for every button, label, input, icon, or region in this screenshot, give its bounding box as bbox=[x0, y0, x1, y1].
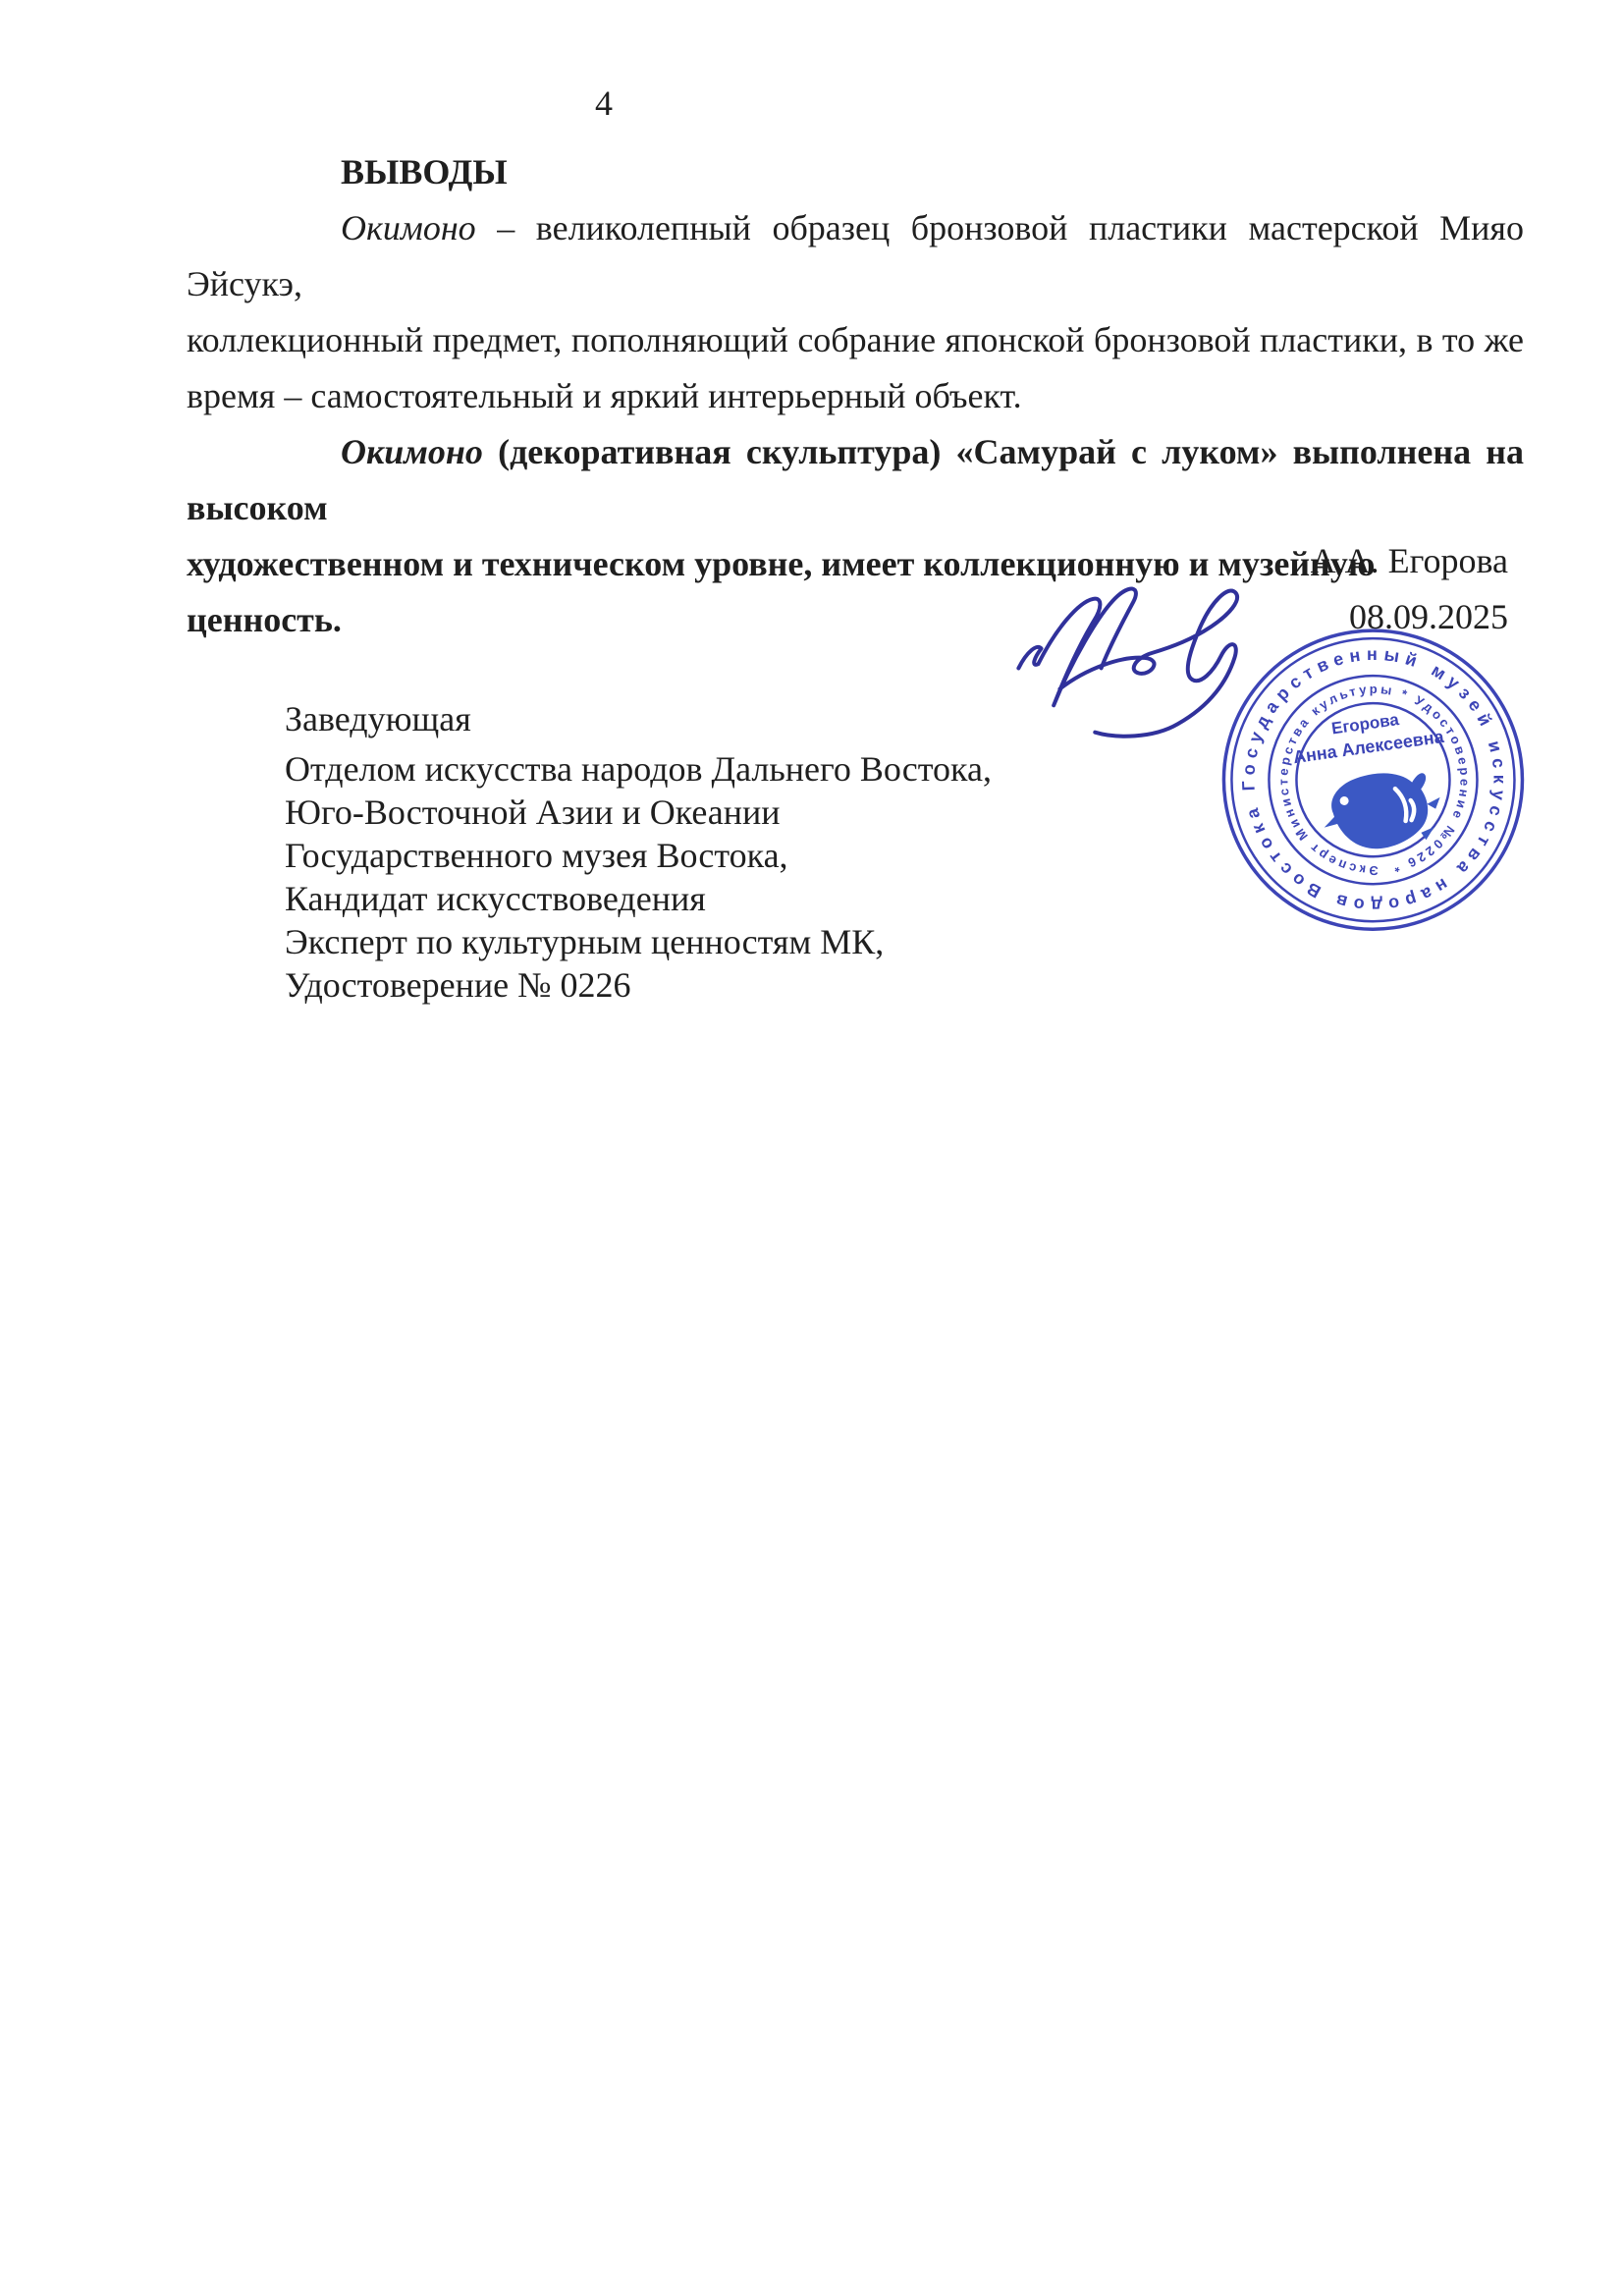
paragraph-1-line-3: время – самостоятельный и яркий интерьер… bbox=[187, 368, 1524, 424]
stamp: Государственный музей искусства народов … bbox=[1195, 604, 1554, 963]
signature-block: Заведующая Отделом искусства народов Дал… bbox=[285, 697, 1031, 1007]
document-page: 4 ВЫВОДЫ Окимоно – великолепный образец … bbox=[0, 0, 1623, 2296]
signer-name: А.А. Егорова bbox=[1311, 533, 1508, 589]
bird-icon bbox=[1318, 765, 1445, 855]
signer-title: Заведующая bbox=[285, 697, 1031, 740]
signer-expert-role: Эксперт по культурным ценностям МК, bbox=[285, 920, 1031, 963]
paragraph-1-line-2: коллекционный предмет, пополняющий собра… bbox=[187, 312, 1524, 368]
signer-institution: Государственного музея Востока, bbox=[285, 834, 1031, 877]
signer-certificate-number: Удостоверение № 0226 bbox=[285, 963, 1031, 1007]
signer-department-line-1: Отделом искусства народов Дальнего Восто… bbox=[285, 747, 1031, 791]
paragraph-1-line-1: Окимоно – великолепный образец бронзовой… bbox=[187, 200, 1524, 312]
heading-conclusions: ВЫВОДЫ bbox=[187, 144, 1524, 200]
signer-degree: Кандидат искусствоведения bbox=[285, 877, 1031, 920]
paragraph-2-lead-word: Окимоно bbox=[341, 432, 483, 471]
page-number: 4 bbox=[0, 82, 1208, 124]
signer-department-line-2: Юго-Восточной Азии и Океании bbox=[285, 791, 1031, 834]
signature-stroke-1 bbox=[1018, 589, 1136, 706]
paragraph-1-lead-word: Окимоно bbox=[341, 208, 476, 247]
paragraph-2-line-1: Окимоно (декоративная скульптура) «Самур… bbox=[187, 424, 1524, 536]
